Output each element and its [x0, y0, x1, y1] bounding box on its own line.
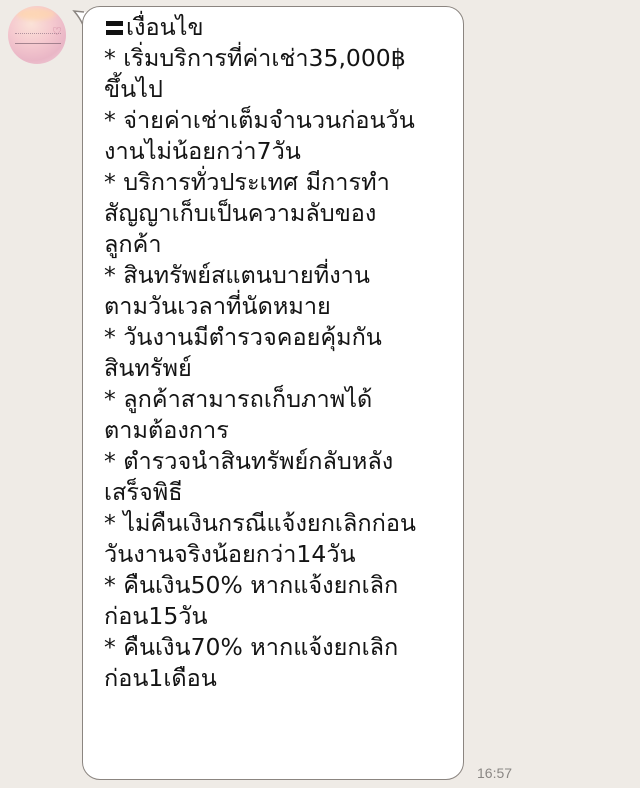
heading-text: เงื่อนไข: [126, 12, 204, 43]
message-line: ตามวันเวลาที่นัดหมาย: [104, 291, 454, 322]
message-content: เงื่อนไข * เริ่มบริการที่ค่าเช่า35,000฿ …: [104, 12, 454, 694]
message-line: เสร็จพิธี: [104, 477, 454, 508]
message-line: วันงานจริงน้อยกว่า14วัน: [104, 539, 454, 570]
message-line: * ไม่คืนเงินกรณีแจ้งยกเลิกก่อน: [104, 508, 454, 539]
message-line: ก่อน1เดือน: [104, 663, 454, 694]
message-line: * เริ่มบริการที่ค่าเช่า35,000฿: [104, 43, 454, 74]
message-timestamp: 16:57: [477, 765, 512, 781]
avatar-glow: [16, 8, 56, 20]
message-line: * ตำรวจนำสินทรัพย์กลับหลัง: [104, 446, 454, 477]
message-line: * จ่ายค่าเช่าเต็มจำนวนก่อนวัน: [104, 105, 454, 136]
message-line: * บริการทั่วประเทศ มีการทำ: [104, 167, 454, 198]
message-line: ลูกค้า: [104, 229, 454, 260]
message-line: สัญญาเก็บเป็นความลับของ: [104, 198, 454, 229]
message-line: ก่อน15วัน: [104, 601, 454, 632]
equals-block-icon: [106, 21, 123, 35]
message-heading: เงื่อนไข: [104, 12, 454, 43]
heart-icon: ♡: [52, 26, 62, 37]
message-line: * ลูกค้าสามารถเก็บภาพได้: [104, 384, 454, 415]
message-line: * วันงานมีตำรวจคอยคุ้มกัน: [104, 322, 454, 353]
message-line: ตามต้องการ: [104, 415, 454, 446]
avatar[interactable]: ♡: [8, 6, 66, 64]
message-line: * สินทรัพย์สแตนบายที่งาน: [104, 260, 454, 291]
message-line: * คืนเงิน50% หากแจ้งยกเลิก: [104, 570, 454, 601]
message-line: ขึ้นไป: [104, 74, 454, 105]
message-line: งานไม่น้อยกว่า7วัน: [104, 136, 454, 167]
message-line: สินทรัพย์: [104, 353, 454, 384]
message-line: * คืนเงิน70% หากแจ้งยกเลิก: [104, 632, 454, 663]
